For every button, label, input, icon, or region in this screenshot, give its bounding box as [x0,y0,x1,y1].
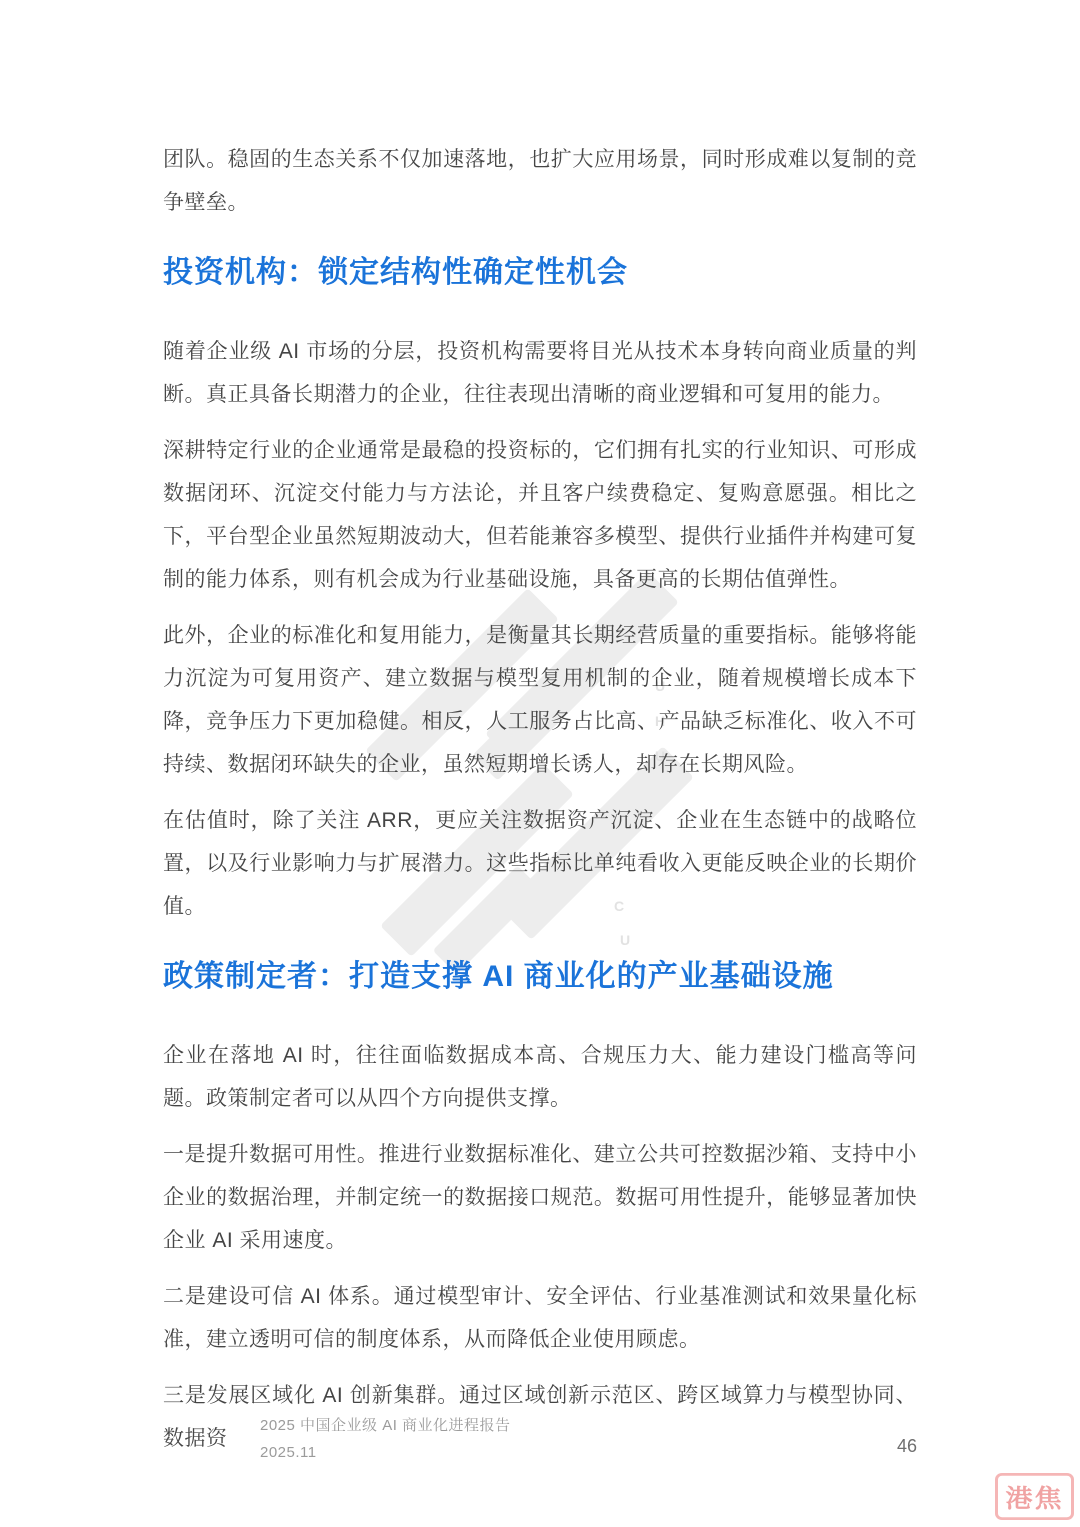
document-page: U H U C U 团队。稳固的生态关系不仅加速落地，也扩大应用场景，同时形成难… [0,0,1080,1527]
footer-report-date: 2025.11 [260,1439,511,1466]
page-number: 46 [897,1436,917,1457]
seal-glyphs: 港焦 [1006,1479,1064,1515]
policymakers-paragraph-3: 二是建设可信 AI 体系。通过模型审计、安全评估、行业基准测试和效果量化标准，建… [163,1275,917,1361]
footer-report-info: 2025 中国企业级 AI 商业化进程报告 2025.11 [260,1412,511,1466]
page-content: 团队。稳固的生态关系不仅加速落地，也扩大应用场景，同时形成难以复制的竞争壁垒。 … [163,0,917,1473]
investors-paragraph-2: 深耕特定行业的企业通常是最稳的投资标的，它们拥有扎实的行业知识、可形成数据闭环、… [163,429,917,601]
intro-continuation-paragraph: 团队。稳固的生态关系不仅加速落地，也扩大应用场景，同时形成难以复制的竞争壁垒。 [163,138,917,224]
seal-stamp-icon: 港焦 [995,1473,1074,1520]
section-title-investors: 投资机构：锁定结构性确定性机会 [163,251,917,295]
section-title-policymakers: 政策制定者：打造支撑 AI 商业化的产业基础设施 [163,955,917,999]
investors-paragraph-1: 随着企业级 AI 市场的分层，投资机构需要将目光从技术本身转向商业质量的判断。真… [163,330,917,416]
footer-report-title: 2025 中国企业级 AI 商业化进程报告 [260,1412,511,1439]
policymakers-paragraph-1: 企业在落地 AI 时，往往面临数据成本高、合规压力大、能力建设门槛高等问题。政策… [163,1034,917,1120]
investors-paragraph-3: 此外，企业的标准化和复用能力，是衡量其长期经营质量的重要指标。能够将能力沉淀为可… [163,614,917,786]
policymakers-paragraph-2: 一是提升数据可用性。推进行业数据标准化、建立公共可控数据沙箱、支持中小企业的数据… [163,1133,917,1262]
investors-paragraph-4: 在估值时，除了关注 ARR，更应关注数据资产沉淀、企业在生态链中的战略位置，以及… [163,799,917,928]
